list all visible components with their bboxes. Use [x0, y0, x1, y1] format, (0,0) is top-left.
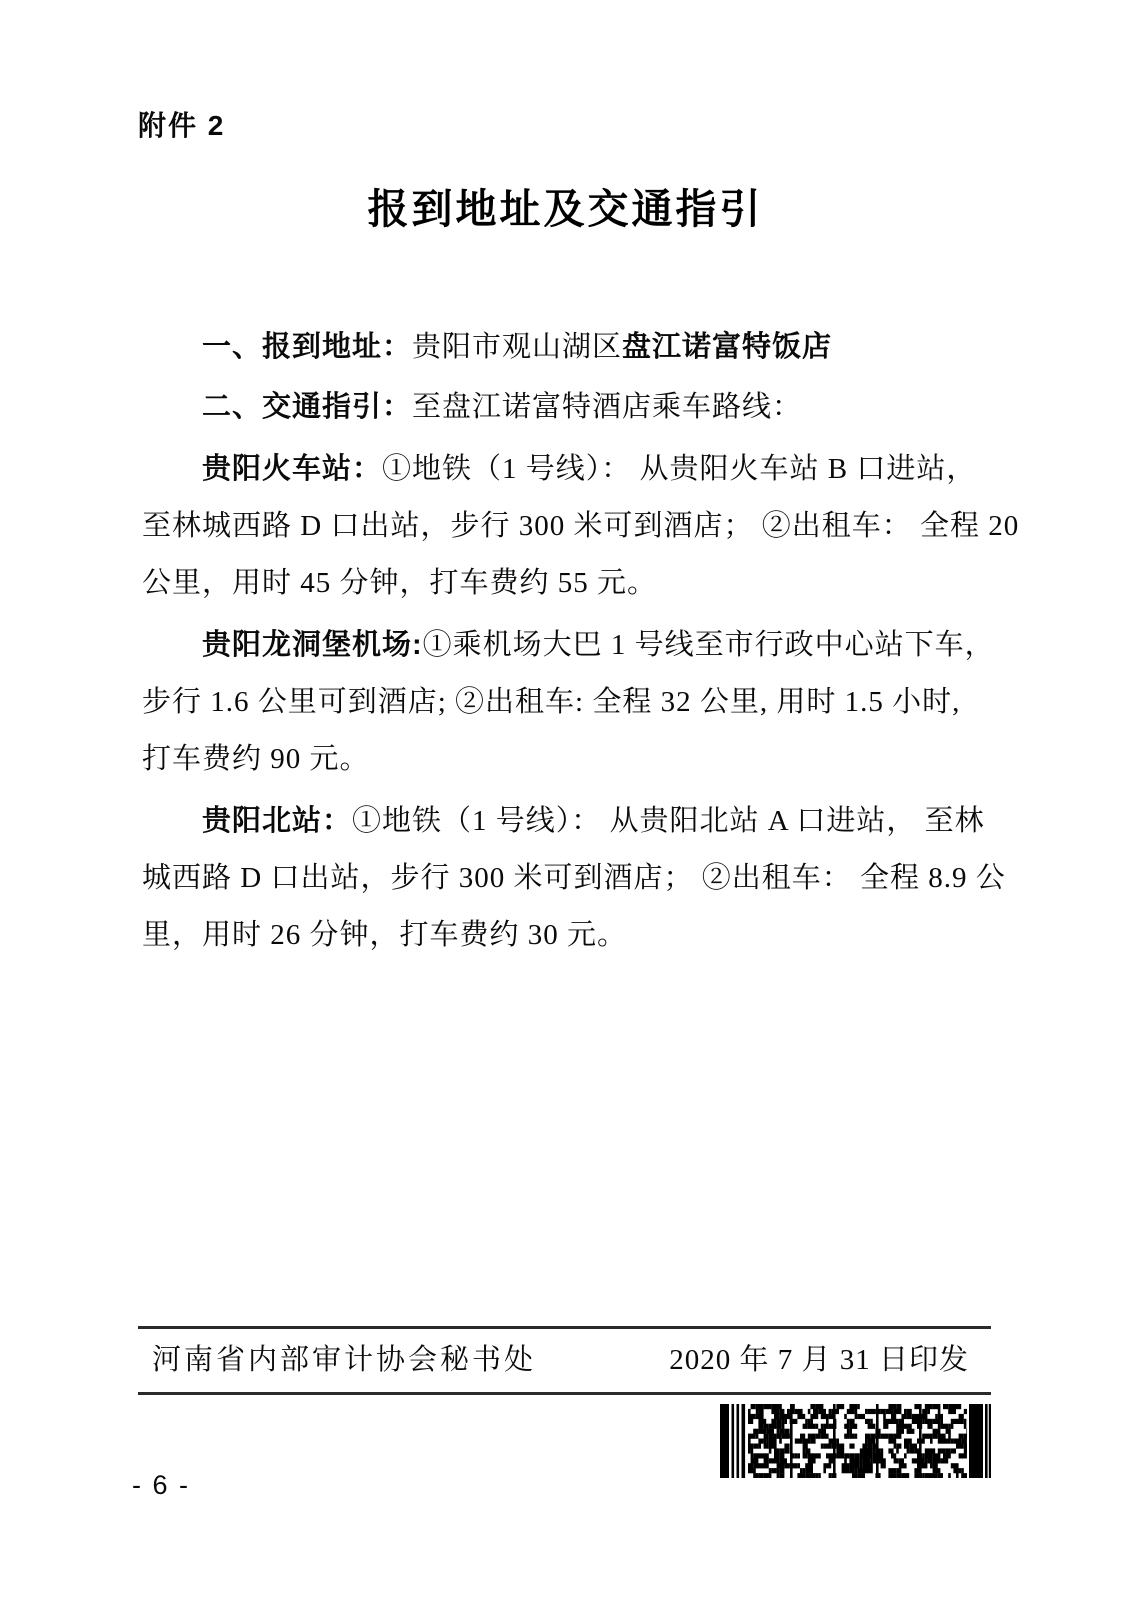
airport-label: 贵阳龙洞堡机场:: [202, 629, 423, 661]
line-text: ①乘机场大巴 1 号线至市行政中心站下车，: [423, 629, 995, 661]
line-text: ①地铁（1 号线）： 从贵阳火车站 B 口进站，: [382, 453, 976, 485]
line-text: 里，用时 26 分钟，打车费约 30 元。: [142, 919, 627, 951]
section-label: 一、报到地址：: [202, 331, 412, 363]
page-title: 报到地址及交通指引: [0, 183, 1131, 235]
document-body: 一、报到地址：贵阳市观山湖区盘江诺富特饭店 二、交通指引：至盘江诺富特酒店乘车路…: [142, 319, 991, 964]
footer: 河南省内部审计协会秘书处 2020 年 7 月 31 日印发: [138, 1340, 991, 1380]
footer-divider-bottom: [138, 1392, 991, 1395]
station-label: 贵阳北站：: [202, 805, 352, 837]
text-line: 步行 1.6 公里可到酒店; ②出租车: 全程 32 公里, 用时 1.5 小时…: [142, 674, 991, 731]
line-text: 打车费约 90 元。: [142, 743, 370, 775]
text-line: 打车费约 90 元。: [142, 731, 991, 788]
document-page: 附件 2 报到地址及交通指引 一、报到地址：贵阳市观山湖区盘江诺富特饭店 二、交…: [0, 0, 1131, 1600]
line-text: 城西路 D 口出站，步行 300 米可到酒店； ②出租车： 全程 8.9 公: [142, 862, 1006, 894]
barcode-image: [720, 1404, 991, 1478]
page-number: - 6 -: [132, 1468, 190, 1502]
text-line: 一、报到地址：贵阳市观山湖区盘江诺富特饭店: [142, 319, 991, 376]
text-line: 二、交通指引：至盘江诺富特酒店乘车路线：: [142, 379, 991, 436]
section-label: 二、交通指引：: [202, 391, 412, 423]
footer-print-date: 2020 年 7 月 31 日印发: [669, 1340, 969, 1380]
text-line: 贵阳北站：①地铁（1 号线）： 从贵阳北站 A 口进站， 至林: [142, 793, 991, 850]
text-line: 贵阳龙洞堡机场:①乘机场大巴 1 号线至市行政中心站下车，: [142, 617, 991, 674]
text-line: 里，用时 26 分钟，打车费约 30 元。: [142, 907, 991, 964]
text-line: 城西路 D 口出站，步行 300 米可到酒店； ②出租车： 全程 8.9 公: [142, 850, 991, 907]
line-text: 步行 1.6 公里可到酒店; ②出租车: 全程 32 公里, 用时 1.5 小时…: [142, 686, 960, 718]
hotel-name: 盘江诺富特饭店: [622, 331, 832, 363]
line-text: ①地铁（1 号线）： 从贵阳北站 A 口进站， 至林: [352, 805, 985, 837]
footer-issuer: 河南省内部审计协会秘书处: [152, 1340, 536, 1380]
text-line: 至林城西路 D 口出站，步行 300 米可到酒店； ②出租车： 全程 20: [142, 498, 991, 555]
line-text: 至林城西路 D 口出站，步行 300 米可到酒店； ②出租车： 全程 20: [142, 510, 1019, 542]
attachment-label: 附件 2: [138, 108, 225, 144]
text-line: 贵阳火车站：①地铁（1 号线）： 从贵阳火车站 B 口进站，: [142, 441, 991, 498]
footer-divider-top: [138, 1326, 991, 1329]
text-line: 公里，用时 45 分钟，打车费约 55 元。: [142, 555, 991, 612]
line-text: 公里，用时 45 分钟，打车费约 55 元。: [142, 567, 657, 599]
line-text: 至盘江诺富特酒店乘车路线：: [412, 391, 802, 423]
station-label: 贵阳火车站：: [202, 453, 382, 485]
line-text: 贵阳市观山湖区: [412, 331, 622, 363]
